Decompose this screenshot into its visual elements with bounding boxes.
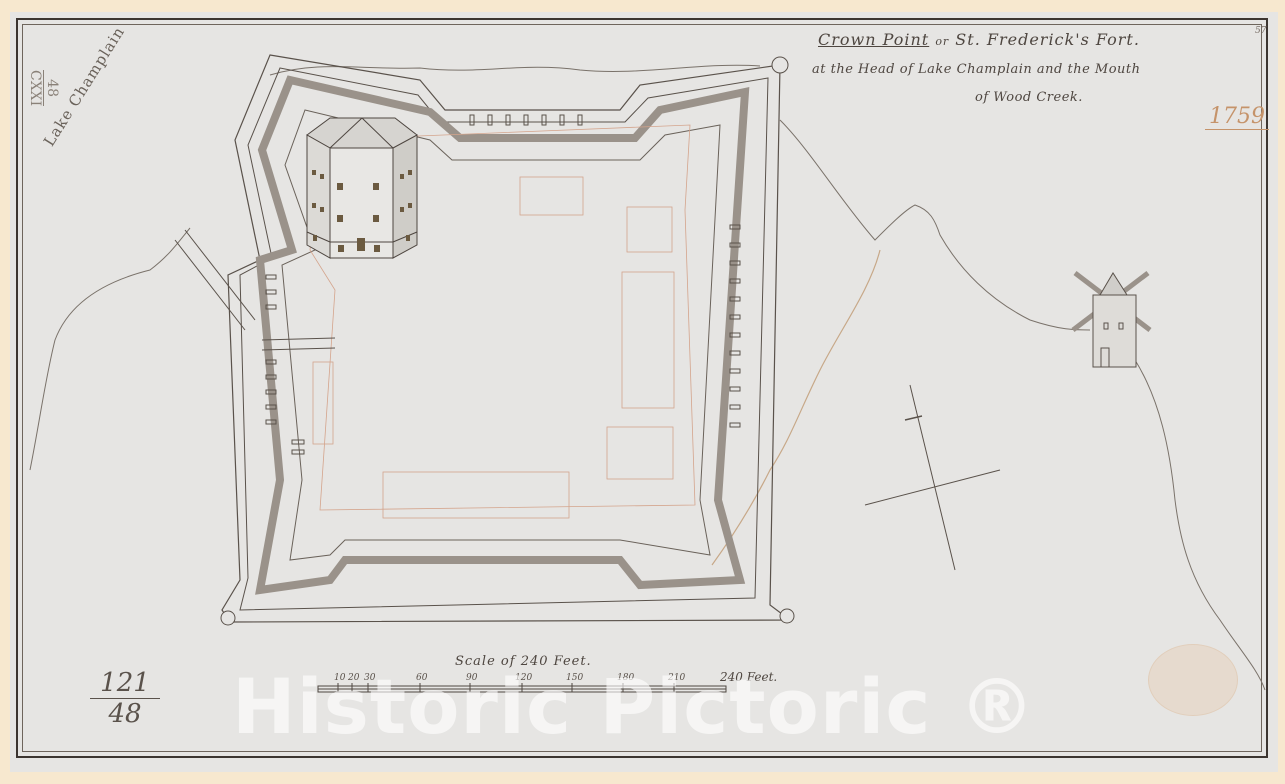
catalog-denominator: 48	[90, 699, 160, 729]
shelfmark: 48 CXXI	[27, 70, 60, 106]
map-subtitle-line1: at the Head of Lake Champlain and the Mo…	[812, 62, 1141, 77]
shelfmark-top: 48	[43, 70, 60, 106]
map-subtitle-line2: of Wood Creek.	[975, 90, 1083, 105]
catalog-number: 121 48	[90, 668, 160, 729]
library-stamp	[1148, 644, 1238, 716]
map-year: 1759	[1205, 104, 1269, 130]
shelfmark-bottom: CXXI	[27, 70, 43, 106]
page-number: 57	[1255, 26, 1266, 36]
watermark: Historic Pictoric ®	[232, 662, 1036, 751]
map-title: Crown Point or St. Frederick's Fort.	[818, 30, 1140, 49]
catalog-numerator: 121	[90, 668, 160, 699]
title-main: Crown Point	[818, 30, 929, 49]
title-alt: St. Frederick's Fort.	[955, 30, 1140, 49]
tower-icon	[307, 118, 417, 258]
windmill-icon	[1073, 273, 1150, 367]
title-or: or	[935, 35, 949, 48]
